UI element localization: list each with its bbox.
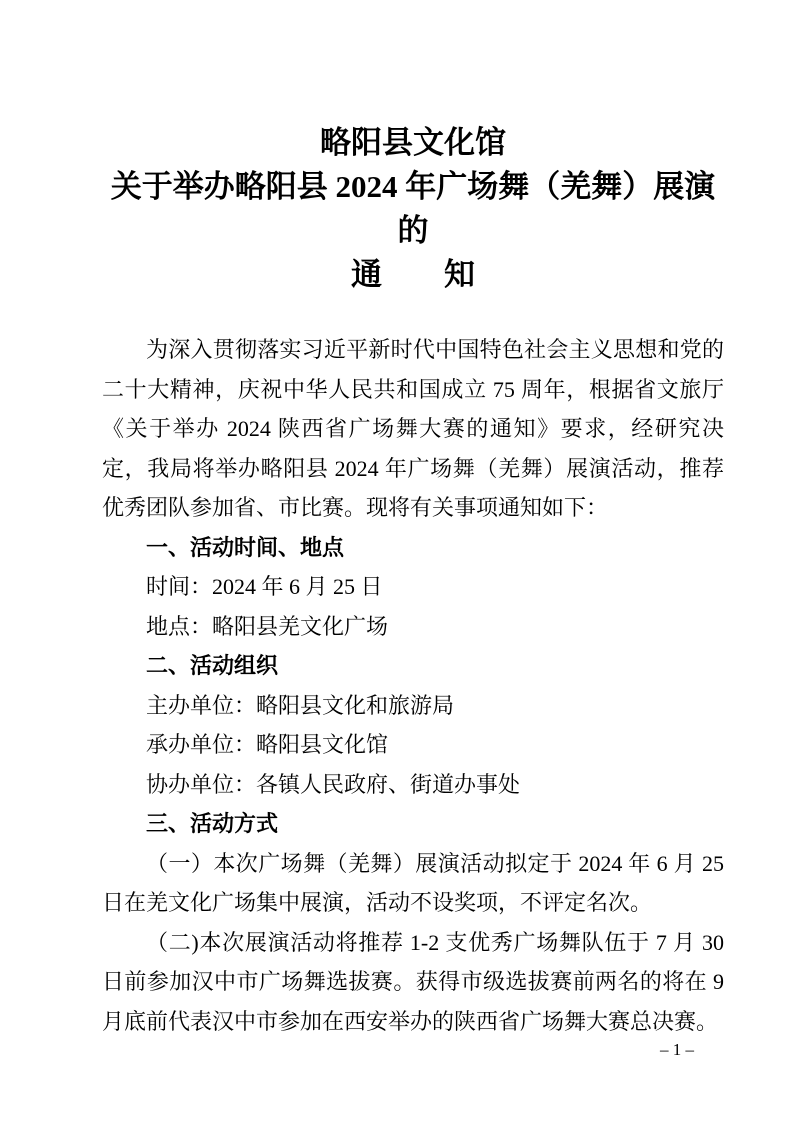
item-co-organizer-unit: 协办单位：各镇人民政府、街道办事处 [102,765,724,805]
item-host-unit: 主办单位：略阳县文化和旅游局 [102,686,724,726]
title-line-org: 略阳县文化馆 [102,121,724,165]
method-paragraph-1: （一）本次广场舞（羌舞）展演活动拟定于 2024 年 6 月 25 日在羌文化广… [102,844,724,923]
document-body: 为深入贯彻落实习近平新时代中国特色社会主义思想和党的二十大精神，庆祝中华人民共和… [102,330,724,1041]
section-heading-2: 二、活动组织 [102,646,724,686]
item-organizer-unit: 承办单位：略阳县文化馆 [102,725,724,765]
page-number: – 1 – [652,1040,702,1060]
title-line-notice: 通 知 [102,253,724,297]
intro-paragraph: 为深入贯彻落实习近平新时代中国特色社会主义思想和党的二十大精神，庆祝中华人民共和… [102,330,724,528]
title-line-subject: 关于举办略阳县 2024 年广场舞（羌舞）展演的 [102,165,724,253]
item-time: 时间：2024 年 6 月 25 日 [102,567,724,607]
document-title: 略阳县文化馆 关于举办略阳县 2024 年广场舞（羌舞）展演的 通 知 [102,121,724,297]
item-location: 地点：略阳县羌文化广场 [102,607,724,647]
notice-page: 略阳县文化馆 关于举办略阳县 2024 年广场舞（羌舞）展演的 通 知 为深入贯… [0,0,793,1122]
method-paragraph-2: （二)本次展演活动将推荐 1-2 支优秀广场舞队伍于 7 月 30 日前参加汉中… [102,923,724,1042]
section-heading-1: 一、活动时间、地点 [102,528,724,568]
page-content: 略阳县文化馆 关于举办略阳县 2024 年广场舞（羌舞）展演的 通 知 为深入贯… [102,121,724,1041]
section-heading-3: 三、活动方式 [102,804,724,844]
